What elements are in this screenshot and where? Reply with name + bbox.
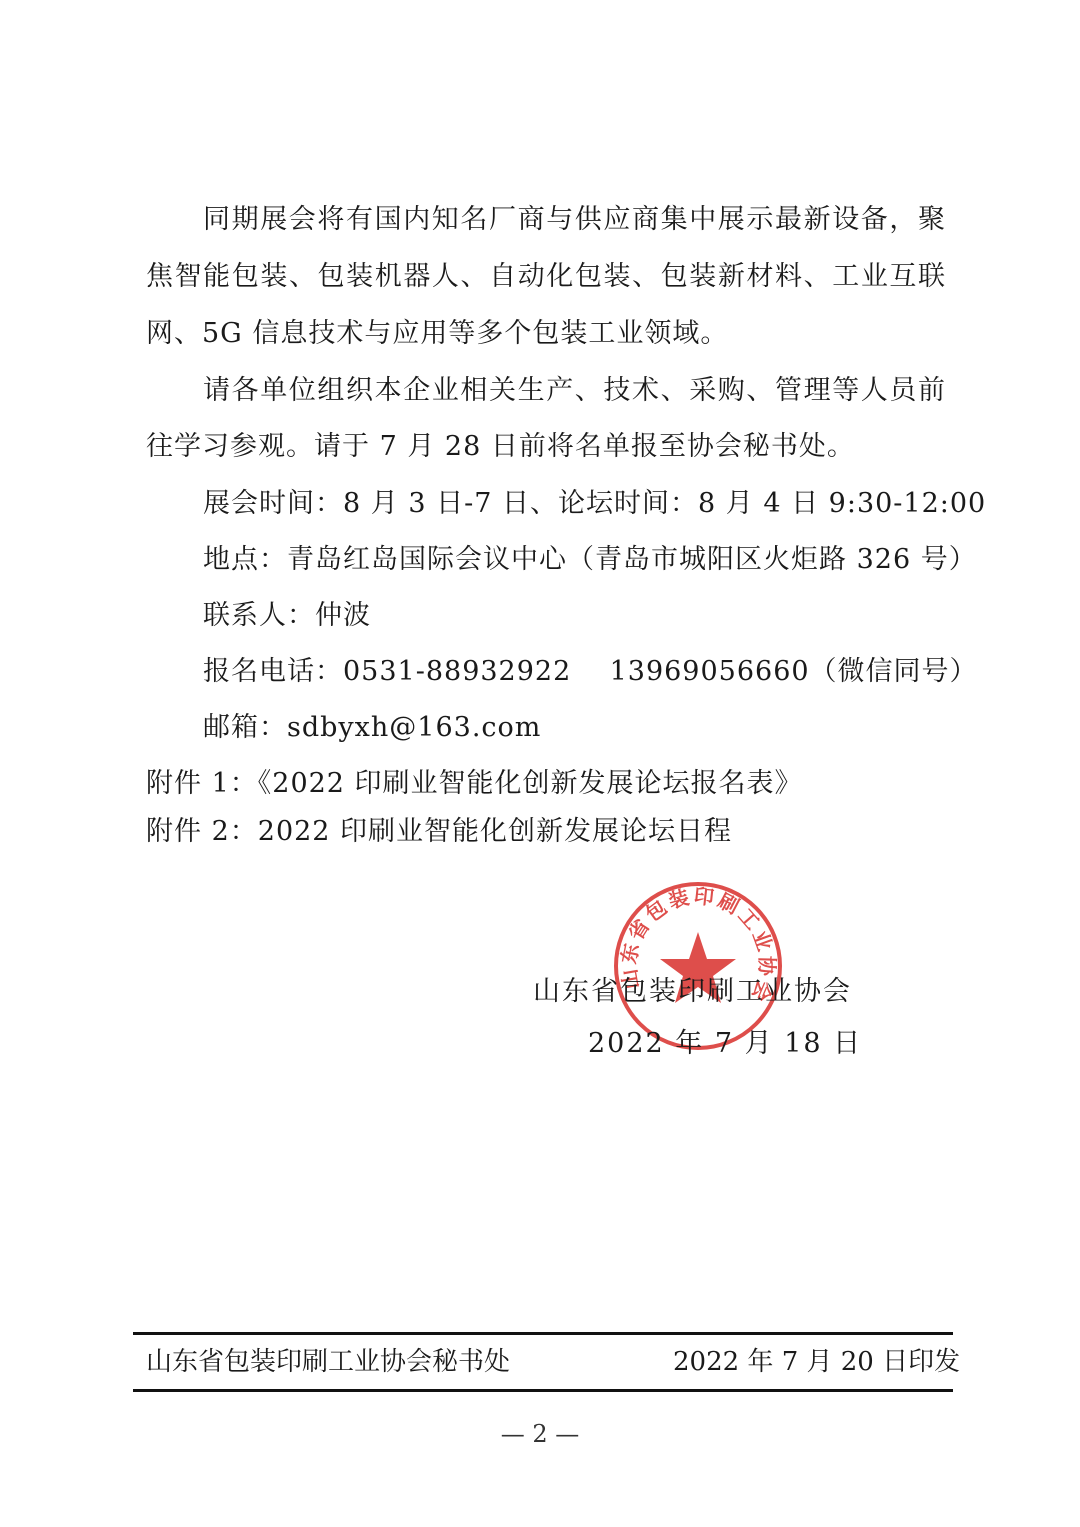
email-line: 邮箱：sdbyxh@163.com [203,710,541,746]
paragraph-1-line-2: 焦智能包装、包装机器人、自动化包装、包装新材料、工业互联 [146,259,946,295]
footer-issuer: 山东省包装印刷工业协会秘书处 [146,1345,510,1379]
phone-line: 报名电话：0531-88932922 13969056660（微信同号） [203,654,978,690]
signature-date: 2022 年 7 月 18 日 [588,1026,862,1062]
contact-line: 联系人：仲波 [203,598,371,634]
attachment-2: 附件 2：2022 印刷业智能化创新发展论坛日程 [146,814,732,850]
page-number: — 2 — [0,1420,1080,1448]
paragraph-1-line-3: 网、5G 信息技术与应用等多个包装工业领域。 [146,316,728,352]
footer-issue-date: 2022 年 7 月 20 日印发 [673,1345,960,1379]
paragraph-1-line-1: 同期展会将有国内知名厂商与供应商集中展示最新设备，聚 [203,202,946,238]
location-line: 地点：青岛红岛国际会议中心（青岛市城阳区火炬路 326 号） [203,542,977,578]
attachment-1: 附件 1：《2022 印刷业智能化创新发展论坛报名表》 [146,766,803,802]
schedule-line: 展会时间：8 月 3 日-7 日、论坛时间：8 月 4 日 9:30-12:00 [203,486,986,522]
footer-bottom-rule [133,1389,953,1392]
document-page: 同期展会将有国内知名厂商与供应商集中展示最新设备，聚 焦智能包装、包装机器人、自… [0,0,1080,1527]
paragraph-2-line-2: 往学习参观。请于 7 月 28 日前将名单报至协会秘书处。 [146,429,855,465]
signature-organization: 山东省包装印刷工业协会 [533,974,852,1010]
paragraph-2-line-1: 请各单位组织本企业相关生产、技术、采购、管理等人员前 [203,373,946,409]
footer-top-rule [133,1332,953,1335]
